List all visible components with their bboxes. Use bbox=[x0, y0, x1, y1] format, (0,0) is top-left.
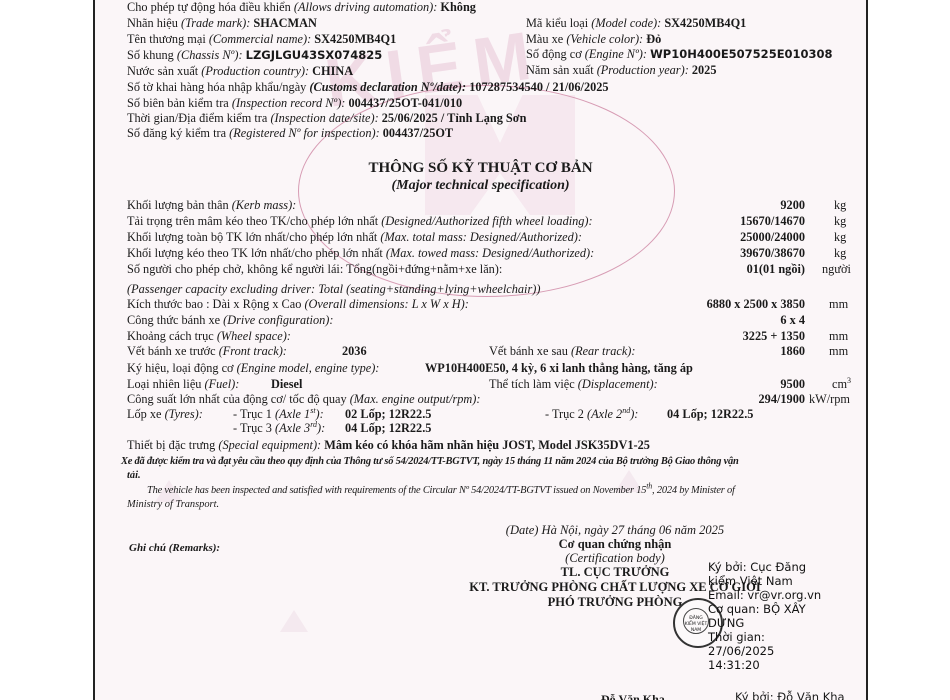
wheel-space-value: 3225 + 1350 bbox=[655, 329, 805, 343]
customs-row: Số tờ khai hàng hóa nhập khẩu/ngày (Cust… bbox=[127, 80, 609, 94]
spec-row-value: 39670/38670 bbox=[655, 246, 805, 260]
statement-vi-line1: Xe đã được kiểm tra và đạt yêu cầu theo … bbox=[121, 455, 739, 469]
fuel-label: Loại nhiên liệu (Fuel): bbox=[127, 377, 239, 391]
axle-3-value: 04 Lốp; 12R22.5 bbox=[345, 421, 431, 435]
model-code-row: Mã kiểu loại (Model code): SX4250MB4Q1 bbox=[526, 16, 746, 30]
spec-row-label: Tải trọng trên mâm kéo theo TK/cho phép … bbox=[127, 214, 593, 228]
remarks-label: Ghi chú (Remarks): bbox=[129, 541, 220, 555]
dimensions-label: Kích thước bao : Dài x Rộng x Cao (Overa… bbox=[127, 297, 469, 311]
statement-vi-line2: tải. bbox=[127, 469, 141, 483]
output-label: Công suất lớn nhất của động cơ/ tốc độ q… bbox=[127, 392, 481, 406]
axle-2-value: 04 Lốp; 12R22.5 bbox=[667, 407, 753, 421]
passenger-en: (Passenger capacity excluding driver: To… bbox=[127, 282, 540, 296]
wheel-space-label: Khoảng cách trục (Wheel space): bbox=[127, 329, 291, 343]
output-value: 294/1900 bbox=[655, 392, 805, 406]
fuel-value: Diesel bbox=[271, 377, 302, 391]
spec-row-label: Khối lượng kéo theo TK lớn nhất/cho phép… bbox=[127, 246, 594, 260]
displacement-label: Thể tích làm việc (Displacement): bbox=[489, 377, 658, 391]
rear-track-value: 1860 bbox=[655, 344, 805, 358]
statement-en-line1: The vehicle has been inspected and satis… bbox=[147, 484, 735, 498]
drive-label: Công thức bánh xe (Drive configuration): bbox=[127, 313, 333, 327]
inspection-record-row: Số biên bản kiểm tra (Inspection record … bbox=[127, 96, 462, 110]
spec-row-label: Số người cho phép chở, không kể người lá… bbox=[127, 262, 502, 276]
rear-track-label: Vết bánh xe sau (Rear track): bbox=[489, 344, 636, 358]
signer-name: Đỗ Văn Kha bbox=[601, 692, 665, 700]
axle-2: - Trục 2 (Axle 2nd): bbox=[545, 407, 638, 421]
commercial-name-row: Tên thương mại (Commercial name): SX4250… bbox=[127, 32, 396, 46]
spec-row-label: Khối lượng toàn bộ TK lớn nhất/cho phép … bbox=[127, 230, 582, 244]
spec-row-unit: kg bbox=[834, 214, 846, 228]
spec-title: THÔNG SỐ KỸ THUẬT CƠ BẢN bbox=[95, 160, 866, 177]
statement-en-line2: Ministry of Transport. bbox=[127, 498, 219, 512]
spec-row-value: 15670/14670 bbox=[655, 214, 805, 228]
digital-signature-block: Ký bởi: Cục Đăng kiểm Việt Nam Email: vr… bbox=[708, 560, 858, 672]
engine-no-row: Số động cơ (Engine Nº): WP10H400E507525E… bbox=[526, 47, 833, 61]
front-track-value: 2036 bbox=[342, 344, 367, 358]
issue-date: (Date) Hà Nội, ngày 27 tháng 06 năm 2025 bbox=[425, 523, 805, 538]
registered-row: Số đăng ký kiểm tra (Registered Nº for i… bbox=[127, 126, 453, 140]
special-equipment-row: Thiết bị đặc trưng (Special equipment): … bbox=[127, 438, 650, 452]
spec-row-value: 25000/24000 bbox=[655, 230, 805, 244]
spec-row-value: 9200 bbox=[655, 198, 805, 212]
inspection-date-row: Thời gian/Địa điểm kiểm tra (Inspection … bbox=[127, 111, 526, 125]
stamp-text: ĐĂNG KIỂM VIỆT NAM bbox=[683, 608, 709, 634]
axle-1-value: 02 Lốp; 12R22.5 bbox=[345, 407, 431, 421]
engine-value: WP10H400E50, 4 kỳ, 6 xi lanh thẳng hàng,… bbox=[425, 361, 693, 375]
dimensions-value: 6880 x 2500 x 3850 bbox=[655, 297, 805, 311]
engine-label: Ký hiệu, loại động cơ (Engine model, eng… bbox=[127, 361, 379, 375]
spec-subtitle: (Major technical specification) bbox=[95, 178, 866, 194]
spec-row-unit: kg bbox=[834, 198, 846, 212]
displacement-value: 9500 bbox=[655, 377, 805, 391]
rear-track-unit: mm bbox=[829, 344, 848, 358]
watermark-pattern bbox=[280, 610, 308, 632]
digital-signer-2: Ký bởi: Đỗ Văn Kha bbox=[735, 690, 845, 700]
certificate-page: KIỂM Cho phép tự động hóa điều khiển (Al… bbox=[93, 0, 868, 700]
tyres-label: Lốp xe (Tyres): bbox=[127, 407, 203, 421]
spec-row-unit: kg bbox=[834, 230, 846, 244]
color-row: Màu xe (Vehicle color): Đỏ bbox=[526, 32, 661, 46]
axle-1: - Trục 1 (Axle 1st): bbox=[233, 407, 324, 421]
spec-row-value: 01(01 ngồi) bbox=[655, 262, 805, 276]
spec-row-label: Khối lượng bản thân (Kerb mass): bbox=[127, 198, 296, 212]
axle-3: - Trục 3 (Axle 3rd): bbox=[233, 421, 325, 435]
certification-body-vi: Cơ quan chứng nhận bbox=[425, 537, 805, 552]
output-unit: kW/rpm bbox=[809, 392, 850, 406]
front-track-label: Vết bánh xe trước (Front track): bbox=[127, 344, 287, 358]
spec-row-unit: kg bbox=[834, 246, 846, 260]
trade-mark-row: Nhãn hiệu (Trade mark): SHACMAN bbox=[127, 16, 317, 30]
chassis-row: Số khung (Chassis Nº): LZGJLGU43SX074825 bbox=[127, 48, 382, 62]
displacement-unit: cm3 bbox=[832, 377, 851, 391]
automation-row: Cho phép tự động hóa điều khiển (Allows … bbox=[127, 0, 476, 14]
spec-row-unit: người bbox=[822, 262, 851, 276]
country-row: Nước sản xuất (Production country): CHIN… bbox=[127, 64, 353, 78]
wheel-space-unit: mm bbox=[829, 329, 848, 343]
dimensions-unit: mm bbox=[829, 297, 848, 311]
production-year-row: Năm sản xuất (Production year): 2025 bbox=[526, 63, 716, 77]
drive-value: 6 x 4 bbox=[655, 313, 805, 327]
